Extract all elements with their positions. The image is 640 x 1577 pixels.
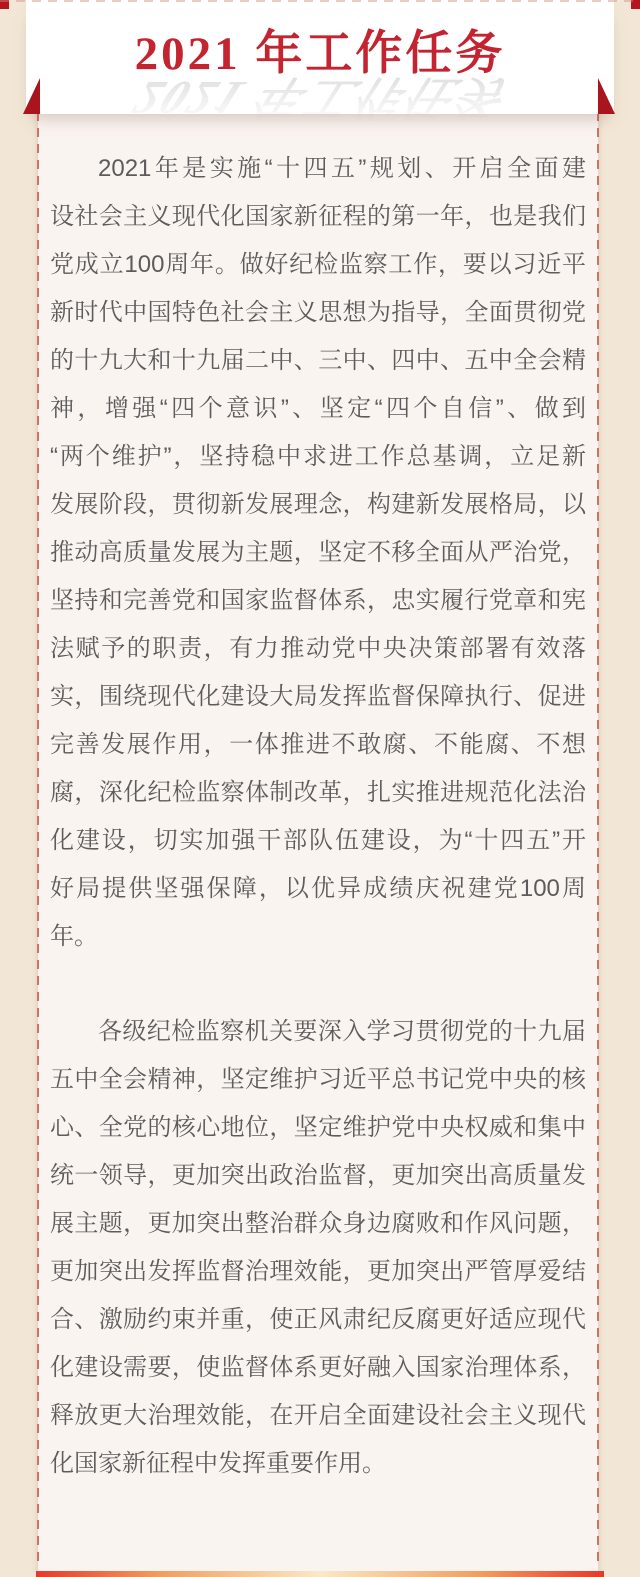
text-line: 化国家新征程中发挥重要作用。 [50,1440,586,1488]
text-line: 化建设，切实加强干部队伍建设，为“十四五”开 [50,817,586,865]
text-line: 腐，深化纪检监察体制改革，扎实推进规范化法治 [50,769,586,817]
text-line: 推动高质量发展为主题，坚定不移全面从严治党， [50,529,586,577]
text-line: 心、全党的核心地位，坚定维护党中央权威和集中 [50,1104,586,1152]
text-line: 2021年是实施“十四五”规划、开启全面建 [50,145,586,193]
text-line: 释放更大治理效能，在开启全面建设社会主义现代 [50,1392,586,1440]
text-line: 实，围绕现代化建设大局发挥监督保障执行、促进 [50,673,586,721]
ribbon-fold-right-icon [598,78,615,114]
text-line: 展主题，更加突出整治群众身边腐败和作风问题， [50,1200,586,1248]
title-banner: 2021 年工作任务 2021 年工作任务 [26,0,614,114]
paragraph-1: 2021年是实施“十四五”规划、开启全面建设社会主义现代化国家新征程的第一年，也… [50,145,586,961]
text-line: 五中全会精神，坚定维护习近平总书记党中央的核 [50,1056,586,1104]
title-reflection: 2021 年工作任务 [5,68,635,135]
text-area: 2021年是实施“十四五”规划、开启全面建设社会主义现代化国家新征程的第一年，也… [40,98,596,1488]
paragraph-2: 各级纪检监察机关要深入学习贯彻党的十九届五中全会精神，坚定维护习近平总书记党中央… [50,1008,586,1488]
text-line: 坚持和完善党和国家监督体系，忠实履行党章和宪 [50,577,586,625]
text-line: 各级纪检监察机关要深入学习贯彻党的十九届 [50,1008,586,1056]
dashed-border-left [37,112,39,1567]
text-line: 新时代中国特色社会主义思想为指导，全面贯彻党 [50,289,586,337]
text-line: 法赋予的职责，有力推动党中央决策部署有效落 [50,625,586,673]
text-line: 好局提供坚强保障，以优异成绩庆祝建党100周 [50,865,586,913]
poster-page: 2021年是实施“十四五”规划、开启全面建设社会主义现代化国家新征程的第一年，也… [0,0,640,1577]
top-dashed-edge [0,0,640,2]
text-line: 更加突出发挥监督治理效能，更加突出严管厚爱结 [50,1248,586,1296]
content-panel: 2021年是实施“十四五”规划、开启全面建设社会主义现代化国家新征程的第一年，也… [38,98,598,1577]
bottom-gradient-divider [36,1571,604,1577]
text-line: “两个维护”，坚持稳中求进工作总基调，立足新 [50,433,586,481]
ribbon-fold-left-icon [23,78,40,114]
text-line: 完善发展作用，一体推进不敢腐、不能腐、不想 [50,721,586,769]
text-line: 年。 [50,913,586,961]
text-line: 设社会主义现代化国家新征程的第一年，也是我们 [50,193,586,241]
text-line: 神，增强“四个意识”、坚定“四个自信”、做到 [50,385,586,433]
text-line: 发展阶段，贯彻新发展理念，构建新发展格局，以 [50,481,586,529]
text-line: 统一领导，更加突出政治监督，更加突出高质量发 [50,1152,586,1200]
text-line: 党成立100周年。做好纪检监察工作，要以习近平 [50,241,586,289]
text-line: 化建设需要，使监督体系更好融入国家治理体系， [50,1344,586,1392]
dashed-border-right [597,112,599,1567]
text-line: 的十九大和十九届二中、三中、四中、五中全会精 [50,337,586,385]
text-line: 合、激励约束并重，使正风肃纪反腐更好适应现代 [50,1296,586,1344]
